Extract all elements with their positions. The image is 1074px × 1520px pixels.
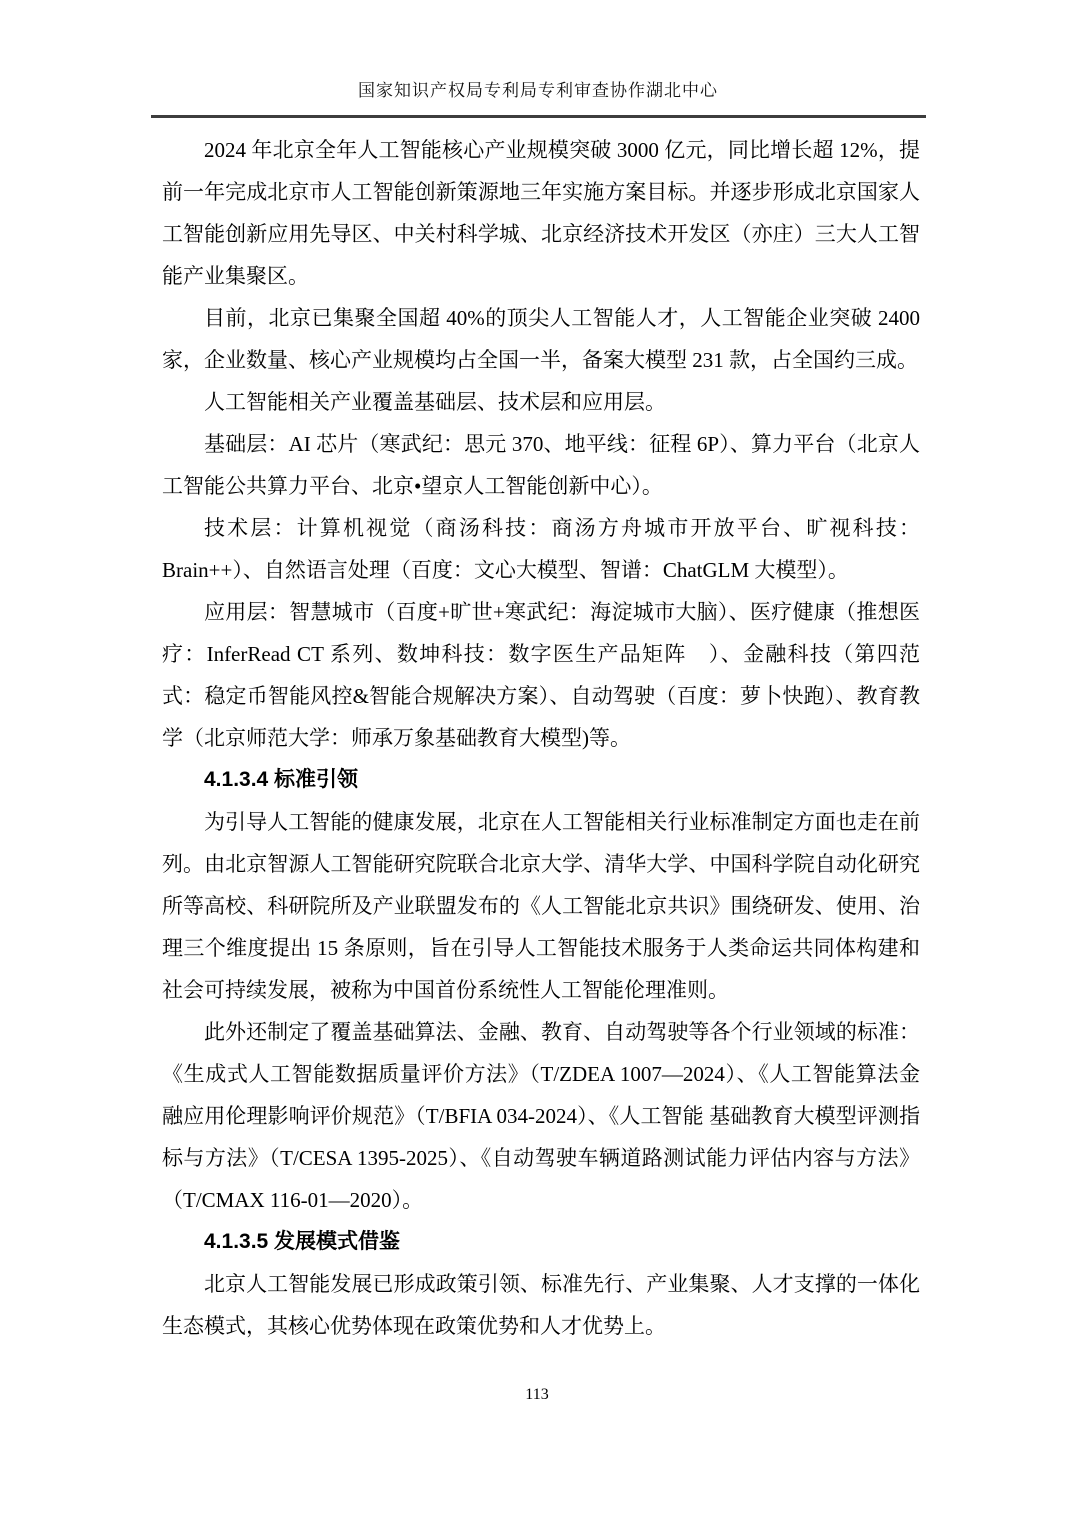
paragraph: 为引导人工智能的健康发展，北京在人工智能相关行业标准制定方面也走在前列。由北京智… — [162, 801, 920, 1011]
paragraph: 技术层：计算机视觉（商汤科技：商汤方舟城市开放平台、旷视科技：Brain++）、… — [162, 507, 920, 591]
document-header-title: 国家知识产权局专利局专利审查协作湖北中心 — [150, 76, 926, 101]
page-number: 113 — [0, 1386, 1074, 1404]
paragraph: 2024 年北京全年人工智能核心产业规模突破 3000 亿元，同比增长超 12%… — [162, 129, 920, 297]
paragraph: 北京人工智能发展已形成政策引领、标准先行、产业集聚、人才支撑的一体化生态模式，其… — [162, 1263, 920, 1347]
section-heading: 4.1.3.5 发展模式借鉴 — [162, 1221, 920, 1263]
paragraph: 此外还制定了覆盖基础算法、金融、教育、自动驾驶等各个行业领域的标准：《生成式人工… — [162, 1011, 920, 1221]
document-body: 2024 年北京全年人工智能核心产业规模突破 3000 亿元，同比增长超 12%… — [162, 129, 920, 1347]
paragraph: 人工智能相关产业覆盖基础层、技术层和应用层。 — [162, 381, 920, 423]
paragraph: 基础层：AI 芯片（寒武纪：思元 370、地平线：征程 6P）、算力平台（北京人… — [162, 423, 920, 507]
header-divider — [151, 115, 926, 118]
paragraph: 目前，北京已集聚全国超 40%的顶尖人工智能人才，人工智能企业突破 2400 家… — [162, 297, 920, 381]
section-heading: 4.1.3.4 标准引领 — [162, 759, 920, 801]
document-page: 国家知识产权局专利局专利审查协作湖北中心 2024 年北京全年人工智能核心产业规… — [0, 0, 1074, 1520]
paragraph: 应用层：智慧城市（百度+旷世+寒武纪：海淀城市大脑）、医疗健康（推想医疗：Inf… — [162, 591, 920, 759]
